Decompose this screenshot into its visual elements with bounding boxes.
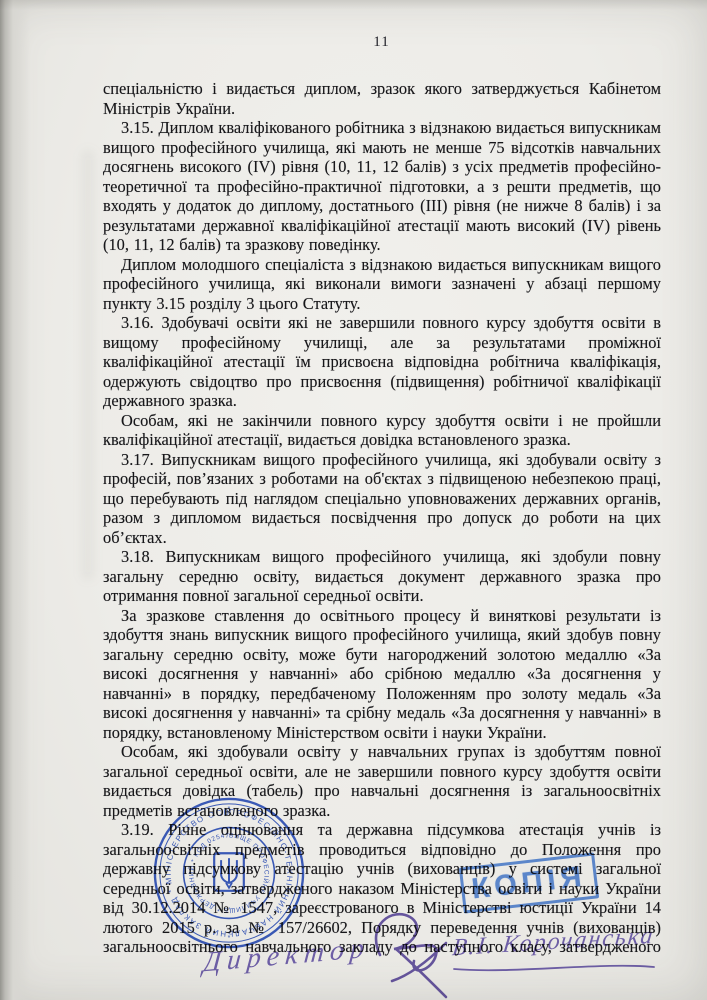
scan-smudge bbox=[82, 150, 94, 580]
seal-star-top: * bbox=[228, 806, 231, 813]
signature-underline bbox=[452, 960, 657, 974]
paragraph-3-16-abzats-2: Особам, які не закінчили повного курсу з… bbox=[103, 411, 661, 450]
scan-edge-shadow bbox=[0, 0, 30, 1000]
seal-star-bottom: * bbox=[228, 935, 231, 942]
paragraph-3-18: 3.18. Випускникам вищого професійного уч… bbox=[103, 547, 661, 606]
paragraph-3-15: 3.15. Диплом кваліфікованого робітника з… bbox=[103, 118, 661, 255]
copy-stamp-label: КОПІЯ bbox=[470, 862, 588, 904]
scan-top-shadow bbox=[0, 0, 707, 10]
paragraph-3-17: 3.17. Випускникам вищого професійного уч… bbox=[103, 450, 661, 548]
page-number: 11 bbox=[103, 34, 660, 51]
signature-flourish bbox=[362, 903, 466, 999]
paragraph-continuation: спеціальністю і видається диплом, зразок… bbox=[103, 79, 661, 118]
scanned-page: 11 спеціальністю і видається диплом, зра… bbox=[0, 0, 707, 1000]
paragraph-3-15-abzats-2: Диплом молодшого спеціаліста з відзнакою… bbox=[103, 255, 661, 314]
paragraph-3-16: 3.16. Здобувачі освіти які не завершили … bbox=[103, 313, 661, 411]
round-seal-stamp: ПРОФЕСІЙНО-ТЕХНІЧНИЙ НАВЧАЛЬНИЙ ЗАКЛАД *… bbox=[150, 794, 308, 952]
paragraph-3-18-abzats-2: За зразкове ставлення до освітнього проц… bbox=[103, 606, 661, 743]
trident-emblem-icon bbox=[214, 853, 244, 891]
